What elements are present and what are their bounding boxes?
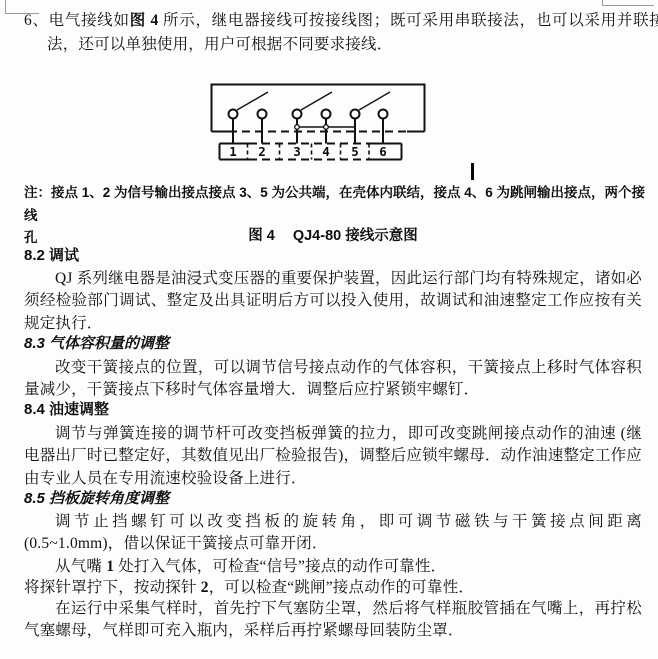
probe-number: 2	[201, 579, 209, 596]
switch-lever-3	[301, 92, 332, 110]
section-heading-8-5: 8.5 挡板旋转角度调整	[24, 489, 169, 509]
section-8-3-body: 改变干簧接点的位置，可以调节信号接点动作的气体容积，干簧接点上移时气体容积量减少…	[24, 357, 642, 402]
terminal-number-5: 5	[351, 144, 359, 159]
figure-reference: 图 4	[130, 12, 159, 29]
p3-text-start: 将探针罩拧下，按动探针	[24, 579, 201, 596]
terminal-number-1: 1	[229, 144, 237, 159]
p2-text-rest: 处打入气体，可检查“信号”接点的动作可靠性．	[114, 558, 446, 575]
text-cursor[interactable]	[471, 163, 474, 180]
section-8-4-body: 调节与弹簧连接的调节杆可改变挡板弹簧的拉力，即可改变跳闸接点动作的油速 (继电器…	[24, 423, 642, 490]
intro-text-start: 6、电气接线如	[24, 12, 130, 29]
terminal-number-2: 2	[258, 144, 266, 159]
common-link-node-4	[324, 125, 329, 130]
section-8-5-paragraph-2: 从气嘴 1 处打入气体，可检查“信号”接点的动作可靠性．	[24, 556, 642, 578]
section-8-5-paragraph-3: 将探针罩拧下，按动探针 2，可以检查“跳闸”接点动作的可靠性．	[24, 577, 642, 599]
contact-circle-6	[379, 110, 388, 119]
terminal-number-3: 3	[293, 144, 301, 159]
switch-lever-5	[359, 92, 390, 110]
contact-circle-5	[351, 110, 360, 119]
figure-caption-title: QJ4-80 接线示意图	[293, 228, 418, 244]
section-heading-8-2: 8.2 调试	[24, 246, 79, 266]
nozzle-number: 1	[106, 558, 114, 575]
figure-caption: 图 4QJ4-80 接线示意图	[24, 224, 642, 245]
document-page: 6、电气接线如图 4 所示，继电器接线可按接线图；既可采用串联接法，也可以采用并…	[0, 0, 658, 659]
common-link-node-3	[295, 125, 300, 130]
section-8-5-paragraph-4: 在运行中采集气样时，首先拧下气塞防尘罩，然后将气样瓶胶管插在气嘴上，再拧松气塞螺…	[24, 598, 642, 643]
contact-circle-3	[293, 110, 302, 119]
contact-circle-4	[322, 110, 331, 119]
section-8-2-body: QJ 系列继电器是油浸式变压器的重要保护装置，因此运行部门均有特殊规定，诸如必须…	[24, 268, 642, 335]
p2-text-start: 从气嘴	[55, 558, 106, 575]
terminal-number-6: 6	[379, 144, 387, 159]
contact-circle-1	[229, 110, 238, 119]
figure-note-line1: 注：接点 1、2 为信号输出接点接点 3、5 为公共端，在壳体内联结，接点 4、…	[24, 182, 646, 227]
relay-case-outline	[212, 85, 425, 132]
intro-paragraph: 6、电气接线如图 4 所示，继电器接线可按接线图；既可采用串联接法，也可以采用并…	[24, 9, 658, 57]
text-boundary-mark-top-right	[602, 0, 654, 6]
section-heading-8-3: 8.3 气体容积量的调整	[24, 334, 169, 354]
terminal-number-4: 4	[322, 144, 330, 159]
figure-caption-number: 图 4	[248, 228, 275, 244]
section-heading-8-4: 8.4 油速调整	[24, 400, 109, 420]
wiring-diagram: 1 2 3 4 5 6	[195, 80, 475, 170]
switch-lever-1	[237, 92, 268, 110]
section-8-5-paragraph-1: 调节止挡螺钉可以改变挡板的旋转角，即可调节磁铁与干簧接点间距离 (0.5~1.0…	[24, 511, 642, 556]
p3-text-rest: ，可以检查“跳闸”接点动作的可靠性．	[209, 579, 474, 596]
contact-circle-2	[258, 110, 267, 119]
